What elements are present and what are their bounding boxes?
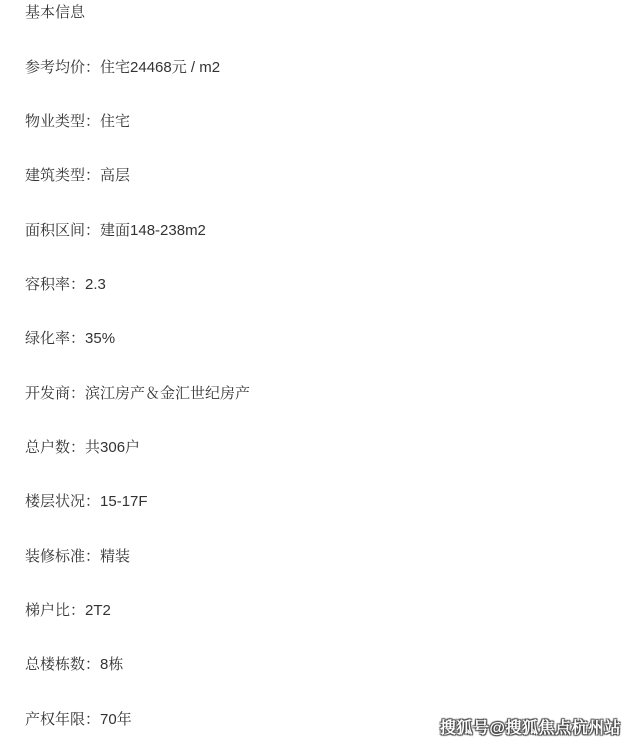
info-label: 参考均价： bbox=[25, 59, 100, 76]
info-label: 容积率： bbox=[25, 276, 85, 293]
info-row-building-type: 建筑类型：高层 bbox=[25, 166, 130, 186]
info-value: 精装 bbox=[100, 548, 130, 565]
info-label: 总户数： bbox=[25, 439, 85, 456]
info-label: 绿化率： bbox=[25, 330, 85, 347]
info-value: 8栋 bbox=[100, 656, 123, 673]
info-value: 共306户 bbox=[85, 439, 140, 456]
info-label: 开发商： bbox=[25, 385, 85, 402]
info-row-decoration: 装修标准：精装 bbox=[25, 547, 130, 567]
info-label: 总楼栋数： bbox=[25, 656, 100, 673]
info-value: 2.3 bbox=[85, 276, 106, 293]
watermark: 搜狐号@搜狐焦点杭州站 bbox=[440, 715, 621, 738]
info-row-plot-ratio: 容积率：2.3 bbox=[25, 275, 106, 295]
info-value: 住宅24468元 / m2 bbox=[100, 59, 220, 76]
info-label: 建筑类型： bbox=[25, 167, 100, 184]
info-row-households: 总户数：共306户 bbox=[25, 438, 140, 458]
info-row-property-type: 物业类型：住宅 bbox=[25, 112, 130, 132]
section-heading: 基本信息 bbox=[25, 3, 85, 23]
info-row-reference-price: 参考均价：住宅24468元 / m2 bbox=[25, 58, 220, 78]
info-value: 滨江房产＆金汇世纪房产 bbox=[85, 385, 250, 402]
info-row-building-count: 总楼栋数：8栋 bbox=[25, 655, 123, 675]
info-label: 楼层状况： bbox=[25, 493, 100, 510]
info-value: 高层 bbox=[100, 167, 130, 184]
info-label: 梯户比： bbox=[25, 602, 85, 619]
info-row-developer: 开发商：滨江房产＆金汇世纪房产 bbox=[25, 384, 250, 404]
info-row-area-range: 面积区间：建面148-238m2 bbox=[25, 221, 206, 241]
info-label: 产权年限： bbox=[25, 711, 100, 728]
info-value: 15-17F bbox=[100, 493, 148, 510]
info-row-green-ratio: 绿化率：35% bbox=[25, 329, 115, 349]
info-label: 面积区间： bbox=[25, 222, 100, 239]
info-value: 住宅 bbox=[100, 113, 130, 130]
info-value: 2T2 bbox=[85, 602, 111, 619]
info-row-property-rights: 产权年限：70年 bbox=[25, 710, 132, 730]
info-label: 装修标准： bbox=[25, 548, 100, 565]
info-row-floors: 楼层状况：15-17F bbox=[25, 492, 148, 512]
info-value: 建面148-238m2 bbox=[100, 222, 206, 239]
info-row-elevator-ratio: 梯户比：2T2 bbox=[25, 601, 111, 621]
info-value: 35% bbox=[85, 330, 115, 347]
info-value: 70年 bbox=[100, 711, 132, 728]
info-label: 物业类型： bbox=[25, 113, 100, 130]
